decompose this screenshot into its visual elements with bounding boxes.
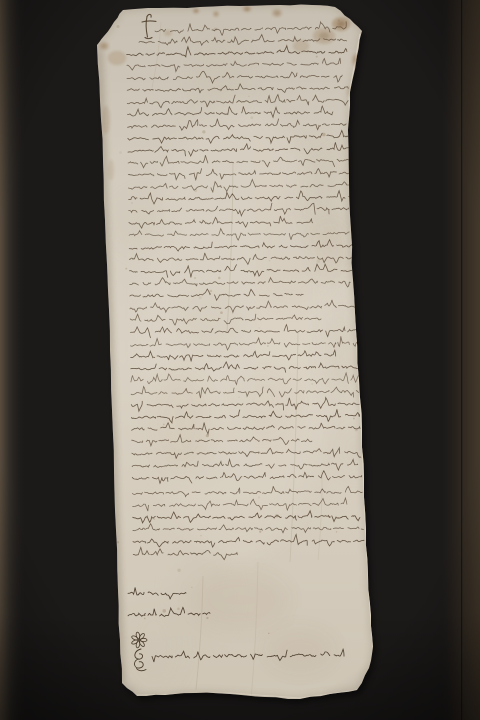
photo-vignette bbox=[0, 0, 480, 720]
manuscript-photo: Photograph of a tall medieval parchment … bbox=[0, 0, 480, 720]
manuscript-photo-canvas bbox=[0, 0, 480, 720]
